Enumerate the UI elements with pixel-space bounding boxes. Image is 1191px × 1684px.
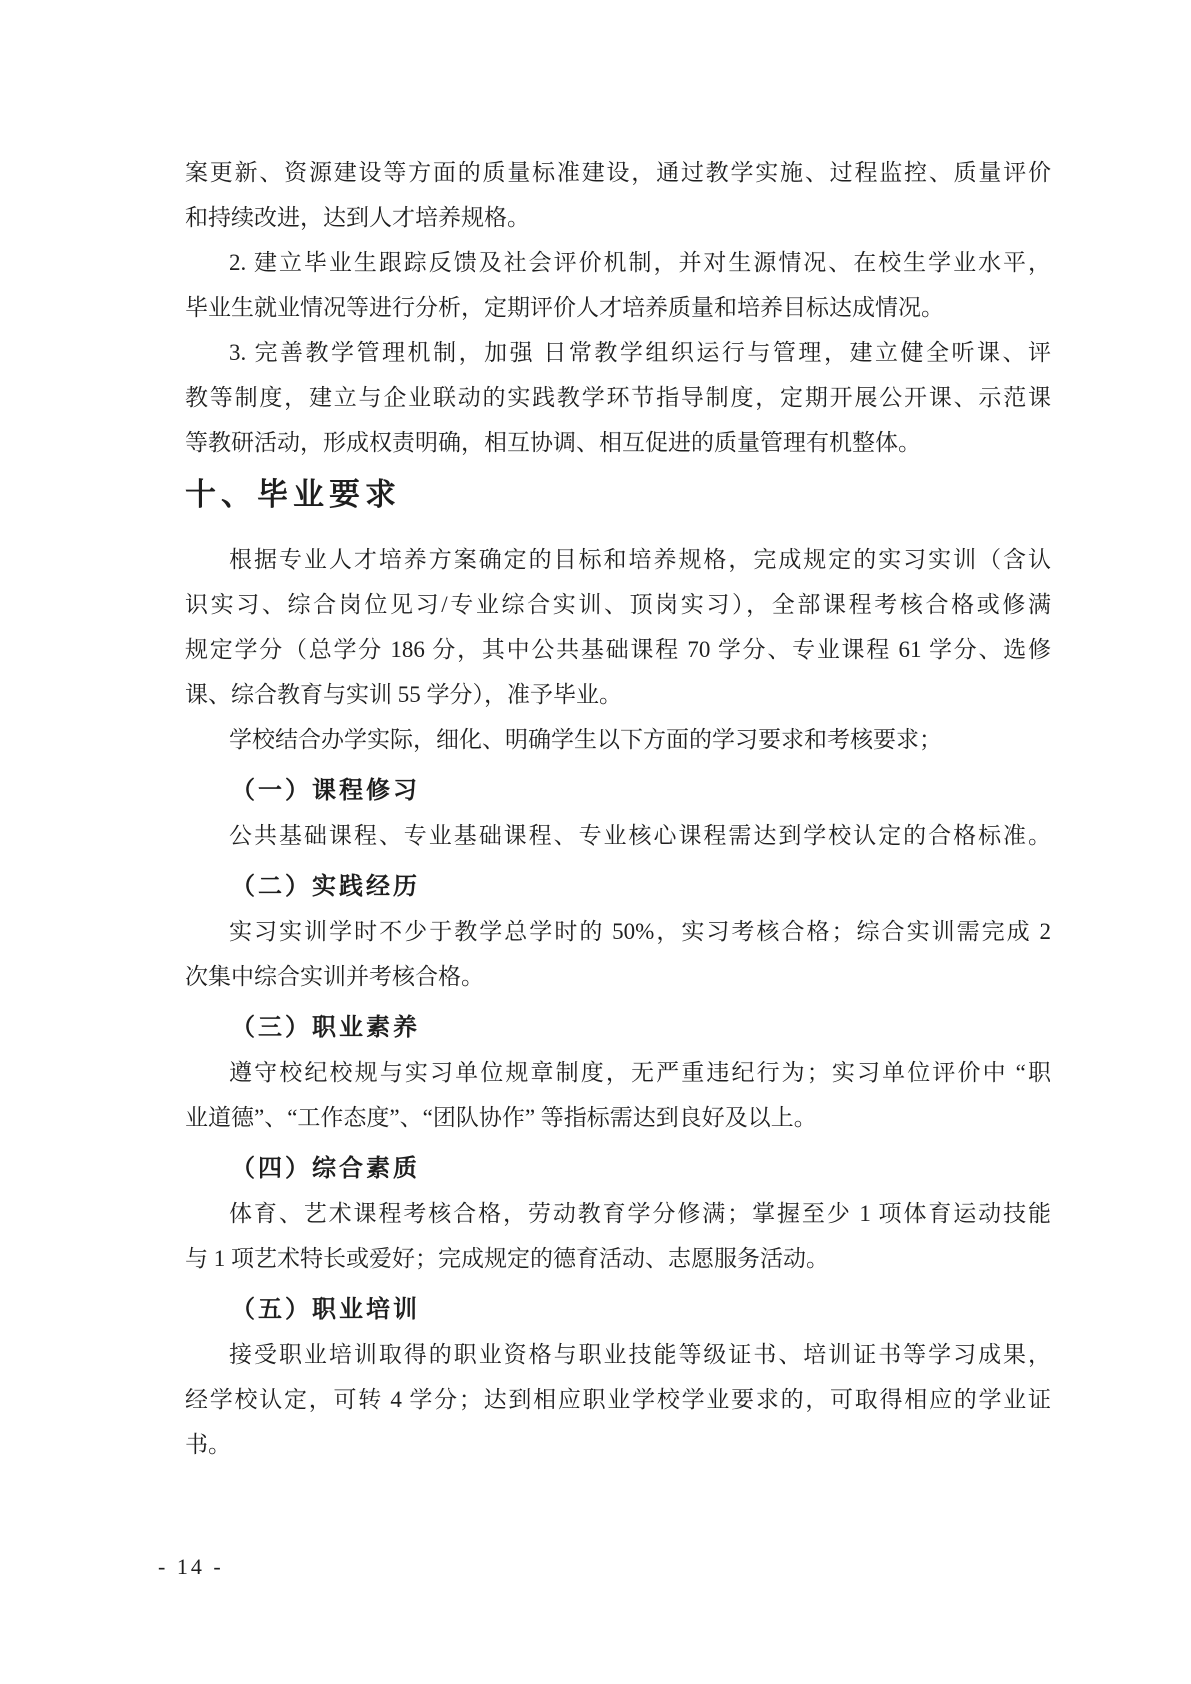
body-text-line: 识实习、综合岗位见习/专业综合实训、顶岗实习），全部课程考核合格或修满 [185,582,1051,627]
body-text-line: 案更新、资源建设等方面的质量标准建设，通过教学实施、过程监控、质量评价 [185,150,1051,195]
body-text-line: 次集中综合实训并考核合格。 [185,954,1051,999]
body-text-line: 与 1 项艺术特长或爱好；完成规定的德育活动、志愿服务活动。 [185,1236,1051,1281]
body-text-line: 遵守校纪校规与实习单位规章制度，无严重违纪行为；实习单位评价中 “职 [185,1050,1051,1095]
body-text-line: 公共基础课程、专业基础课程、专业核心课程需达到学校认定的合格标准。 [185,813,1051,858]
body-text-line: 学校结合办学实际，细化、明确学生以下方面的学习要求和考核要求； [185,717,1051,762]
body-text-line: 经学校认定，可转 4 学分；达到相应职业学校学业要求的，可取得相应的学业证 [185,1377,1051,1422]
body-text-line: 体育、艺术课程考核合格，劳动教育学分修满；掌握至少 1 项体育运动技能 [185,1191,1051,1236]
subsection-heading: （四）综合素质 [185,1146,1051,1191]
body-text-line: 毕业生就业情况等进行分析，定期评价人才培养质量和培养目标达成情况。 [185,285,1051,330]
body-text-line: 根据专业人才培养方案确定的目标和培养规格，完成规定的实习实训（含认 [185,537,1051,582]
body-text-line: 接受职业培训取得的职业资格与职业技能等级证书、培训证书等学习成果， [185,1332,1051,1377]
page-number: - 14 - [158,1554,224,1580]
document-body: 案更新、资源建设等方面的质量标准建设，通过教学实施、过程监控、质量评价 和持续改… [185,150,1051,1467]
body-text-line: 书。 [185,1422,1051,1467]
body-text-line: 2. 建立毕业生跟踪反馈及社会评价机制，并对生源情况、在校生学业水平， [185,240,1051,285]
subsection-heading: （五）职业培训 [185,1287,1051,1332]
body-text-line: 实习实训学时不少于教学总学时的 50%，实习考核合格；综合实训需完成 2 [185,909,1051,954]
subsection-heading: （三）职业素养 [185,1005,1051,1050]
body-text-line: 课、综合教育与实训 55 学分），准予毕业。 [185,672,1051,717]
body-text-line: 等教研活动，形成权责明确，相互协调、相互促进的质量管理有机整体。 [185,420,1051,465]
document-page: 案更新、资源建设等方面的质量标准建设，通过教学实施、过程监控、质量评价 和持续改… [0,0,1191,1684]
section-heading: 十、毕业要求 [185,467,1051,523]
body-text-line: 规定学分（总学分 186 分，其中公共基础课程 70 学分、专业课程 61 学分… [185,627,1051,672]
body-text-line: 3. 完善教学管理机制，加强 日常教学组织运行与管理，建立健全听课、评 [185,330,1051,375]
subsection-heading: （二）实践经历 [185,864,1051,909]
body-text-line: 和持续改进，达到人才培养规格。 [185,195,1051,240]
body-text-line: 教等制度，建立与企业联动的实践教学环节指导制度，定期开展公开课、示范课 [185,375,1051,420]
subsection-heading: （一）课程修习 [185,768,1051,813]
body-text-line: 业道德”、“工作态度”、“团队协作” 等指标需达到良好及以上。 [185,1095,1051,1140]
